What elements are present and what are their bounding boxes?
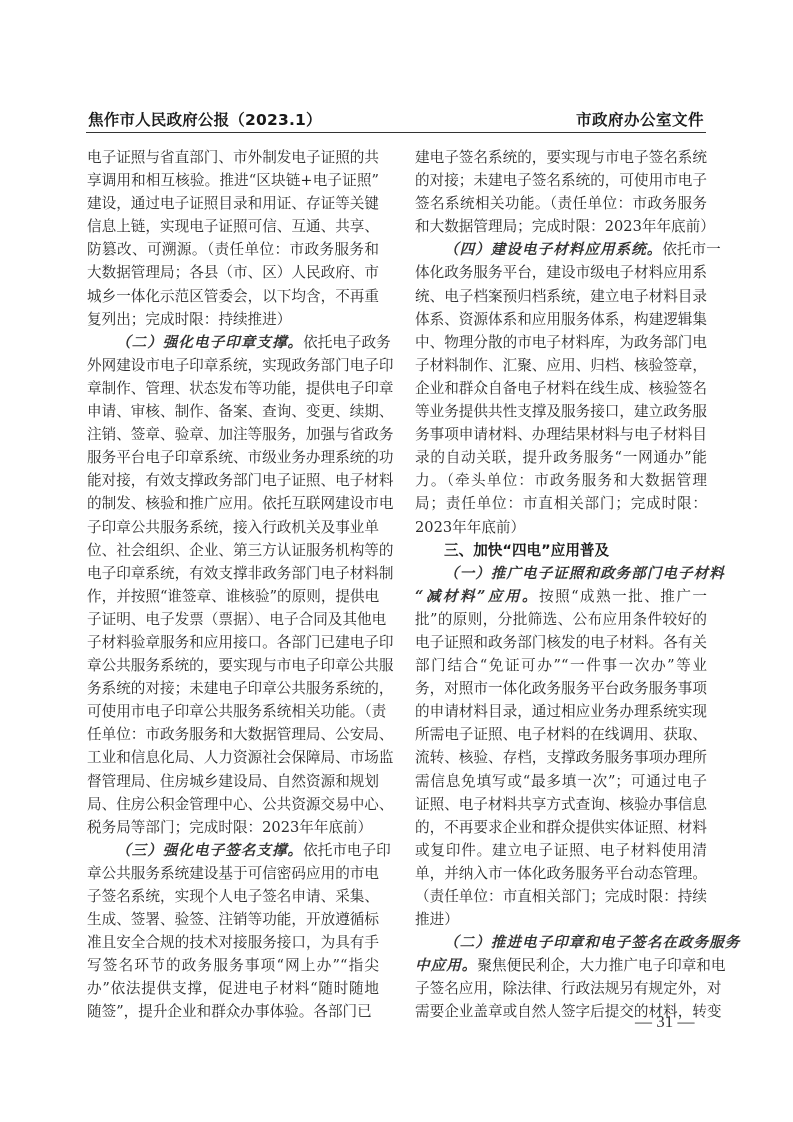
body-text: 子印章公共服务系统，接入行政机关及事业单: [87, 519, 379, 536]
body-text: 城乡一体化示范区管委会，以下均含，不再重: [87, 288, 379, 305]
subsection-lead: （二）推进电子印章和电子签名在政务服务: [444, 934, 740, 951]
text-line: 子材料验章服务和应用接口。各部门已建电子印: [87, 631, 379, 654]
text-line: 推进）: [415, 908, 707, 931]
text-line: 申请、审核、制作、备案、查询、变更、续期、: [87, 400, 379, 423]
body-text: 子证明、电子发票（票据）、电子合同及其他电: [87, 611, 386, 628]
text-line: （三）强化电子签名支撑。依托市电子印: [87, 839, 379, 862]
subsection-lead: （三）强化电子签名支撑。: [116, 842, 303, 859]
body-text: 签名系统相关功能。（责任单位：市政务服务: [415, 195, 707, 212]
subsection-lead: （二）强化电子印章支撑。: [116, 334, 303, 351]
body-text: 章公共服务系统的，要实现与市电子印章公共服: [87, 657, 393, 674]
body-text: 工业和信息化局、人力资源社会保障局、市场监: [87, 749, 393, 766]
text-line: 工业和信息化局、人力资源社会保障局、市场监: [87, 746, 379, 769]
text-line: 证照、电子材料共享方式查询、核验办事信息: [415, 793, 707, 816]
body-text: 单，并纳入市一体化政务服务平台动态管理。: [415, 865, 707, 882]
body-text: 或复印件。建立电子证照、电子材料使用清: [415, 842, 707, 859]
body-text: 聚焦便民利企，大力推广电子印章和电: [477, 957, 725, 974]
body-text: 的制发、核验和推广应用。依托互联网建设市电: [87, 495, 393, 512]
text-line: （四）建设电子材料应用系统。依托市一: [415, 238, 707, 261]
body-text: 准且安全合规的技术对接服务接口，为具有手: [87, 934, 379, 951]
body-text: 电子印章系统，有效支撑非政务部门电子材料制: [87, 565, 393, 582]
text-line: 享调用和相互核验。推进“区块链+电子证照”: [87, 169, 379, 192]
publication-title: 焦作市人民政府公报（2023.1）: [88, 108, 322, 130]
body-text: 推进）: [415, 911, 459, 928]
body-text: 体化政务服务平台，建设市级电子材料应用系: [415, 264, 707, 281]
text-line: 部门结合“免证可办”“一件事一次办”等业: [415, 654, 707, 677]
body-text: 需信息免填写或“最多填一次”；可通过电子: [415, 773, 707, 790]
body-text: 力。（牵头单位：市政务服务和大数据管理: [415, 472, 707, 489]
text-line: 录的自动关联，提升政务服务“一网通办”能: [415, 446, 707, 469]
text-line: 建设，通过电子证照目录和用证、存证等关键: [87, 192, 379, 215]
body-text: 防篡改、可溯源。（责任单位：市政务服务和: [87, 241, 379, 258]
body-text: 部门结合“免证可办”“一件事一次办”等业: [415, 657, 707, 674]
text-line: 建电子签名系统的，要实现与市电子签名系统: [415, 146, 707, 169]
text-line: 随签”，提升企业和群众办事体验。各部门已: [87, 1000, 379, 1023]
body-text: 随签”，提升企业和群众办事体验。各部门已: [87, 1003, 372, 1020]
body-text: 电子证照和政务部门核发的电子材料。各有关: [415, 634, 707, 651]
body-text: 和大数据管理局；完成时限：2023年年底前）: [415, 218, 715, 235]
text-line: 城乡一体化示范区管委会，以下均含，不再重: [87, 285, 379, 308]
body-text: 的对接；未建电子签名系统的，可使用市电子: [415, 172, 707, 189]
body-text: 中、物理分散的市电子材料库，为政务部门电: [415, 334, 707, 351]
text-line: 作，并按照“谁签章、谁核验”的原则，提供电: [87, 585, 379, 608]
subsection-lead: “减材料”应用。: [415, 588, 539, 605]
left-text-column: 电子证照与省直部门、市外制发电子证照的共享调用和相互核验。推进“区块链+电子证照…: [87, 146, 379, 1024]
body-text: 子签名应用，除法律、行政法规另有规定外，对: [415, 980, 721, 997]
body-text: 统、电子档案预归档系统，建立电子材料目录: [415, 288, 707, 305]
text-line: 务系统的对接；未建电子印章公共服务系统的，: [87, 677, 379, 700]
body-text: 位、社会组织、企业、第三方认证服务机构等的: [87, 542, 393, 559]
text-line: 写签名环节的政务服务事项“网上办”“指尖: [87, 954, 379, 977]
body-text: 章公共服务系统建设基于可信密码应用的市电: [87, 865, 379, 882]
text-line: 的对接；未建电子签名系统的，可使用市电子: [415, 169, 707, 192]
text-line: 信息上链，实现电子证照可信、互通、共享、: [87, 215, 379, 238]
body-text: 子材料制作、汇聚、应用、归档、核验签章，: [415, 357, 707, 374]
text-line: 章公共服务系统建设基于可信密码应用的市电: [87, 862, 379, 885]
body-text: 依托电子政务: [303, 334, 391, 351]
text-line: 或复印件。建立电子证照、电子材料使用清: [415, 839, 707, 862]
body-text: 外网建设市电子印章系统，实现政务部门电子印: [87, 357, 393, 374]
body-text: 享调用和相互核验。推进“区块链+电子证照”: [87, 172, 379, 189]
body-text: 2023年年底前）: [415, 519, 525, 536]
text-line: （责任单位：市直相关部门；完成时限：持续: [415, 885, 707, 908]
text-line: 单，并纳入市一体化政务服务平台动态管理。: [415, 862, 707, 885]
text-line: 局；责任单位：市直相关部门；完成时限：: [415, 492, 707, 515]
text-line: 务，对照市一体化政务服务平台政务服务事项: [415, 677, 707, 700]
subsection-lead: （一）推广电子证照和政务部门电子材料: [444, 565, 725, 582]
page-number: — 31 —: [635, 1012, 695, 1032]
text-line: 子材料制作、汇聚、应用、归档、核验签章，: [415, 354, 707, 377]
text-line: 的制发、核验和推广应用。依托互联网建设市电: [87, 492, 379, 515]
body-text: 电子证照与省直部门、市外制发电子证照的共: [87, 149, 379, 166]
text-line: （二）强化电子印章支撑。依托电子政务: [87, 331, 379, 354]
text-line: 章公共服务系统的，要实现与市电子印章公共服: [87, 654, 379, 677]
body-text: 的，不再要求企业和群众提供实体证照、材料: [415, 819, 707, 836]
text-line: 子证明、电子发票（票据）、电子合同及其他电: [87, 608, 379, 631]
body-text: 税务局等部门；完成时限：2023年年底前）: [87, 819, 372, 836]
body-text: 写签名环节的政务服务事项“网上办”“指尖: [87, 957, 379, 974]
body-text: 依托市一: [662, 241, 720, 258]
body-text: 子签名系统，实现个人电子签名申请、采集、: [87, 888, 379, 905]
text-line: 办”依法提供支撑，促进电子材料“随时随地: [87, 977, 379, 1000]
body-text: 信息上链，实现电子证照可信、互通、共享、: [87, 218, 379, 235]
text-line: 电子证照和政务部门核发的电子材料。各有关: [415, 631, 707, 654]
text-line: 复列出；完成时限：持续推进）: [87, 308, 379, 331]
text-line: 统、电子档案预归档系统，建立电子材料目录: [415, 285, 707, 308]
text-line: 生成、签署、验签、注销等功能，开放遵循标: [87, 908, 379, 931]
text-line: 大数据管理局；各县（市、区）人民政府、市: [87, 261, 379, 284]
body-text: 督管理局、住房城乡建设局、自然资源和规划: [87, 773, 379, 790]
body-text: 务，对照市一体化政务服务平台政务服务事项: [415, 680, 707, 697]
body-text: 办”依法提供支撑，促进电子材料“随时随地: [87, 980, 379, 997]
text-line: 可使用市电子印章公共服务系统相关功能。（责: [87, 700, 379, 723]
body-text: 所需电子证照、电子材料的在线调用、获取、: [415, 726, 707, 743]
text-line: 章制作、管理、状态发布等功能，提供电子印章: [87, 377, 379, 400]
text-line: 服务平台电子印章系统、市级业务办理系统的功: [87, 446, 379, 469]
body-text: 建电子签名系统的，要实现与市电子签名系统: [415, 149, 707, 166]
text-line: 需信息免填写或“最多填一次”；可通过电子: [415, 770, 707, 793]
body-text: 企业和群众自备电子材料在线生成、核验签名: [415, 380, 707, 397]
text-line: 任单位：市政务服务和大数据管理局、公安局、: [87, 723, 379, 746]
body-text: 作，并按照“谁签章、谁核验”的原则，提供电: [87, 588, 379, 605]
subsection-lead: 中应用。: [415, 957, 477, 974]
body-text: 按照“成熟一批、推广一: [539, 588, 707, 605]
body-text: 服务平台电子印章系统、市级业务办理系统的功: [87, 449, 393, 466]
text-line: 企业和群众自备电子材料在线生成、核验签名: [415, 377, 707, 400]
text-line: “减材料”应用。按照“成熟一批、推广一: [415, 585, 707, 608]
body-text: 子材料验章服务和应用接口。各部门已建电子印: [87, 634, 393, 651]
text-line: 子印章公共服务系统，接入行政机关及事业单: [87, 516, 379, 539]
body-text: （责任单位：市直相关部门；完成时限：持续: [415, 888, 707, 905]
body-text: 的申请材料目录，通过相应业务办理系统实现: [415, 703, 707, 720]
body-text: 局；责任单位：市直相关部门；完成时限：: [415, 495, 707, 512]
body-text: 证照、电子材料共享方式查询、核验办事信息: [415, 796, 707, 813]
body-text: 录的自动关联，提升政务服务“一网通办”能: [415, 449, 707, 466]
text-line: 等业务提供共性支撑及服务接口，建立政务服: [415, 400, 707, 423]
body-text: 能对接，有效支撑政务部门电子证照、电子材料: [87, 472, 393, 489]
text-line: 局、住房公积金管理中心、公共资源交易中心、: [87, 793, 379, 816]
text-line: 电子印章系统，有效支撑非政务部门电子材料制: [87, 562, 379, 585]
text-line: 电子证照与省直部门、市外制发电子证照的共: [87, 146, 379, 169]
body-text: 等业务提供共性支撑及服务接口，建立政务服: [415, 403, 707, 420]
text-line: 注销、签章、验章、加注等服务，加强与省政务: [87, 423, 379, 446]
text-line: 能对接，有效支撑政务部门电子证照、电子材料: [87, 469, 379, 492]
header-rule-divider: [86, 132, 706, 133]
body-text: 务事项申请材料、办理结果材料与电子材料目: [415, 426, 707, 443]
body-text: 务系统的对接；未建电子印章公共服务系统的，: [87, 680, 393, 697]
section-title: 市政府办公室文件: [576, 108, 704, 130]
body-text: 依托市电子印: [303, 842, 391, 859]
running-header: 焦作市人民政府公报（2023.1） 市政府办公室文件: [86, 108, 706, 132]
body-text: 体系、资源体系和应用服务体系，构建逻辑集: [415, 311, 707, 328]
text-line: 准且安全合规的技术对接服务接口，为具有手: [87, 931, 379, 954]
section-heading-text: 三、加快“四电”应用普及: [444, 542, 609, 559]
text-line: 税务局等部门；完成时限：2023年年底前）: [87, 816, 379, 839]
text-line: 中、物理分散的市电子材料库，为政务部门电: [415, 331, 707, 354]
body-text: 注销、签章、验章、加注等服务，加强与省政务: [87, 426, 393, 443]
text-line: 位、社会组织、企业、第三方认证服务机构等的: [87, 539, 379, 562]
body-text: 局、住房公积金管理中心、公共资源交易中心、: [87, 796, 393, 813]
text-line: 督管理局、住房城乡建设局、自然资源和规划: [87, 770, 379, 793]
body-text: 批”的原则，分批筛选、公布应用条件较好的: [415, 611, 707, 628]
text-line: 外网建设市电子印章系统，实现政务部门电子印: [87, 354, 379, 377]
body-text: 章制作、管理、状态发布等功能，提供电子印章: [87, 380, 393, 397]
text-line: 流转、核验、存档，支撑政务服务事项办理所: [415, 746, 707, 769]
text-line: 子签名系统，实现个人电子签名申请、采集、: [87, 885, 379, 908]
right-text-column: 建电子签名系统的，要实现与市电子签名系统的对接；未建电子签名系统的，可使用市电子…: [415, 146, 707, 1024]
body-text: 可使用市电子印章公共服务系统相关功能。（责: [87, 703, 386, 720]
text-line: 防篡改、可溯源。（责任单位：市政务服务和: [87, 238, 379, 261]
text-line: 中应用。聚焦便民利企，大力推广电子印章和电: [415, 954, 707, 977]
body-text: 流转、核验、存档，支撑政务服务事项办理所: [415, 749, 707, 766]
text-line: 批”的原则，分批筛选、公布应用条件较好的: [415, 608, 707, 631]
text-line: 的申请材料目录，通过相应业务办理系统实现: [415, 700, 707, 723]
text-line: 力。（牵头单位：市政务服务和大数据管理: [415, 469, 707, 492]
text-line: 的，不再要求企业和群众提供实体证照、材料: [415, 816, 707, 839]
text-line: 体系、资源体系和应用服务体系，构建逻辑集: [415, 308, 707, 331]
body-text: 申请、审核、制作、备案、查询、变更、续期、: [87, 403, 393, 420]
text-line: 务事项申请材料、办理结果材料与电子材料目: [415, 423, 707, 446]
body-text: 复列出；完成时限：持续推进）: [87, 311, 291, 328]
text-line: 和大数据管理局；完成时限：2023年年底前）: [415, 215, 707, 238]
body-text: 任单位：市政务服务和大数据管理局、公安局、: [87, 726, 393, 743]
text-line: 所需电子证照、电子材料的在线调用、获取、: [415, 723, 707, 746]
text-line: 体化政务服务平台，建设市级电子材料应用系: [415, 261, 707, 284]
body-text: 建设，通过电子证照目录和用证、存证等关键: [87, 195, 379, 212]
text-line: （一）推广电子证照和政务部门电子材料: [415, 562, 707, 585]
subsection-lead: （四）建设电子材料应用系统。: [444, 241, 662, 258]
section-heading: 三、加快“四电”应用普及: [415, 539, 707, 562]
body-text: 生成、签署、验签、注销等功能，开放遵循标: [87, 911, 379, 928]
text-line: 2023年年底前）: [415, 516, 707, 539]
text-line: 签名系统相关功能。（责任单位：市政务服务: [415, 192, 707, 215]
text-line: （二）推进电子印章和电子签名在政务服务: [415, 931, 707, 954]
body-text: 大数据管理局；各县（市、区）人民政府、市: [87, 264, 379, 281]
text-line: 子签名应用，除法律、行政法规另有规定外，对: [415, 977, 707, 1000]
